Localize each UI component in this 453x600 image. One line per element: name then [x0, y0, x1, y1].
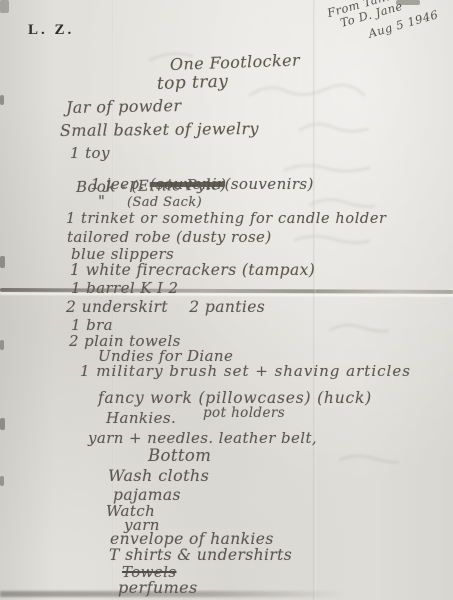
list-item-barrel: 1 barrel K I 2 — [71, 281, 178, 296]
ditto-mark: " — [98, 194, 105, 209]
list-item-book-sad-sack: (Sad Sack) — [127, 196, 202, 209]
list-item-perfumes: perfumes — [118, 580, 198, 596]
page-subtitle: top tray — [157, 74, 229, 93]
list-item-pot-holders: pot holders — [203, 407, 285, 421]
list-item-firecrackers: 1 white firecrackers (tampax) — [70, 263, 315, 279]
scanned-handwritten-packing-list: L. Z. From Tanta To D. Jane Aug 5 1946 O… — [0, 0, 453, 600]
edge-mark — [0, 476, 4, 486]
edge-mark — [0, 0, 9, 13]
list-item-underskirt-panties: 2 underskirt 2 panties — [66, 300, 265, 316]
section-header-bottom: Bottom — [148, 448, 211, 465]
list-item-trinket-candle-holder: 1 trinket or something for candle holder — [66, 212, 387, 227]
list-item-tshirts-undershirts: T shirts & undershirts — [109, 548, 292, 564]
page-title: One Footlocker — [170, 52, 301, 73]
list-item-military-brush-set: 1 military brush set + shaving articles — [80, 364, 411, 379]
list-item-bra: 1 bra — [71, 318, 113, 333]
edge-mark — [0, 256, 5, 268]
edge-mark — [0, 418, 5, 430]
list-item-toy: 1 toy — [70, 146, 110, 161]
edge-mark — [0, 95, 4, 105]
edge-mark — [0, 340, 4, 350]
list-item-yarn-needles-belt: yarn + needles. leather belt, — [88, 431, 317, 446]
list-item-wash-cloths: Wash cloths — [108, 468, 209, 484]
vertical-fold-crease — [313, 0, 316, 600]
list-item-tailored-robe: tailored robe (dusty rose) — [67, 230, 272, 245]
list-item-jar-of-powder: Jar of powder — [66, 98, 182, 116]
list-item-blue-slippers: blue slippers — [71, 247, 174, 262]
list-item-basket-of-jewelry: Small basket of jewelry — [60, 121, 259, 139]
owner-initials-stamp: L. Z. — [28, 22, 74, 39]
list-item-hankies: Hankies. — [106, 411, 176, 426]
jeep-souvenirs-text: (souvenirs) — [225, 175, 314, 193]
